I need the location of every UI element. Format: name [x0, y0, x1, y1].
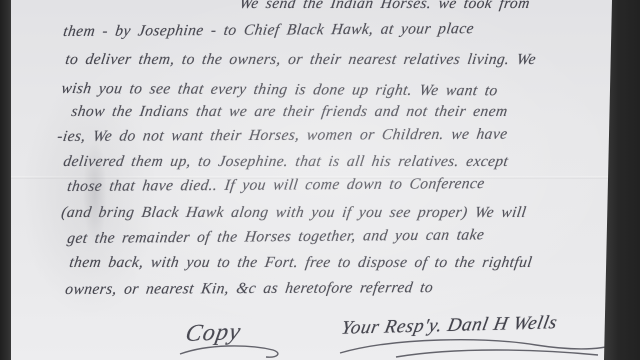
scan-border-left [0, 0, 11, 360]
letter-line: We send the Indian Horses. we took from [238, 0, 531, 14]
letter-line: show the Indians that we are their frien… [70, 102, 509, 122]
letter-line: delivered them up, to Josephine. that is… [62, 152, 510, 172]
letter-line: wish you to see that every thing is done… [60, 79, 499, 101]
letter-line: get the remainder of the Horses together… [66, 225, 486, 249]
letter-line: owners, or nearest Kin, &c as heretofore… [64, 278, 434, 300]
letter-line: them - by Josephine - to Chief Black Haw… [62, 19, 475, 42]
letter-line: those that have died.. If you will come … [66, 174, 486, 197]
letter-paper: We send the Indian Horses. we took from … [0, 0, 640, 360]
letter-line: to deliver them, to the owners, or their… [64, 50, 537, 70]
letter-line: them back, with you to the Fort. free to… [68, 253, 533, 273]
scanned-letter-page: We send the Indian Horses. we took from … [0, 0, 640, 360]
signature: Your Resp'y. Danl H Wells [339, 312, 559, 340]
copy-annotation: Copy [183, 319, 243, 348]
letter-line: -ies, We do not want their Horses, women… [56, 125, 509, 147]
letter-line: (and bring Black Hawk along with you if … [60, 203, 528, 223]
